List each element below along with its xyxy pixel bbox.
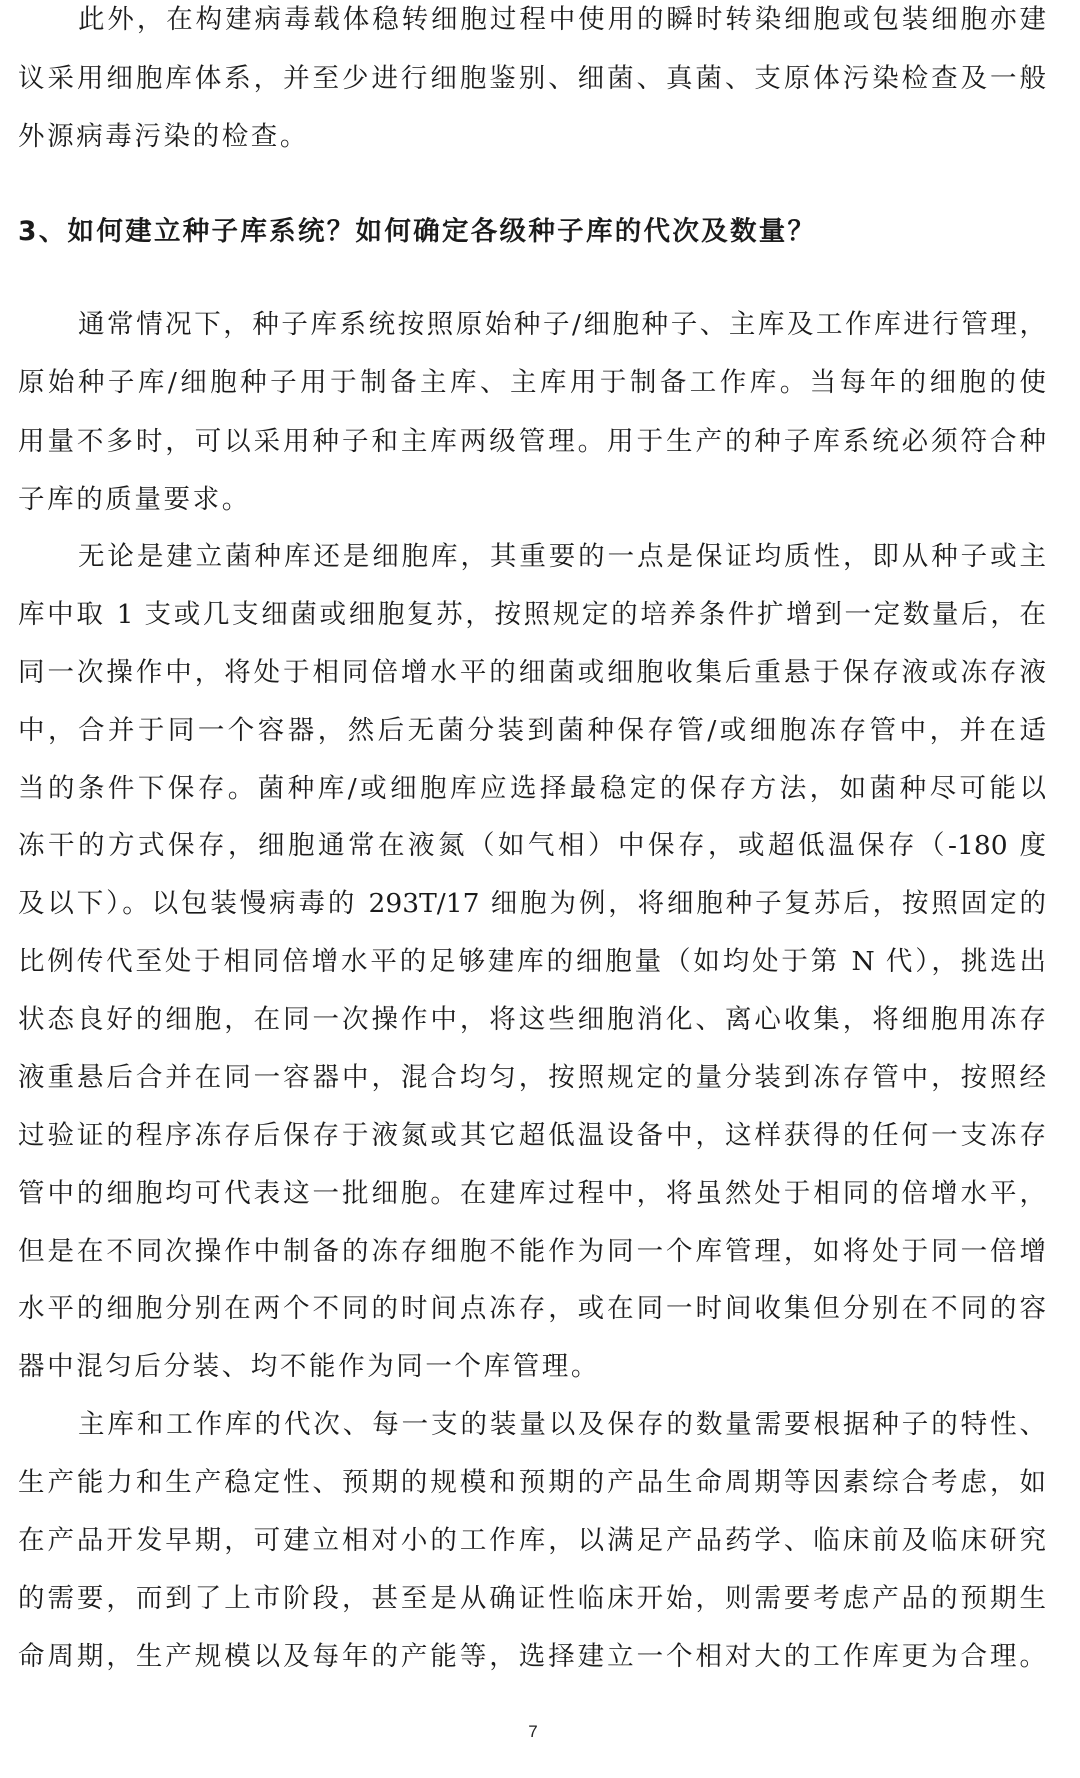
paragraph-line: 通常情况下，种子库系统按照原始种子/细胞种子、主库及工作库进行管理， — [78, 305, 1046, 345]
page-number: 7 — [523, 1720, 543, 1744]
paragraph-line: 用量不多时，可以采用种子和主库两级管理。用于生产的种子库系统必须符合种 — [18, 422, 1046, 462]
paragraph-line: 无论是建立菌种库还是细胞库，其重要的一点是保证均质性，即从种子或主 — [78, 537, 1046, 577]
section-heading: 3、如何建立种子库系统？如何确定各级种子库的代次及数量？ — [18, 212, 816, 252]
paragraph-line: 的需要，而到了上市阶段，甚至是从确证性临床开始，则需要考虑产品的预期生 — [18, 1579, 1046, 1619]
paragraph-line: 主库和工作库的代次、每一支的装量以及保存的数量需要根据种子的特性、 — [78, 1405, 1046, 1445]
paragraph-line: 议采用细胞库体系，并至少进行细胞鉴别、细菌、真菌、支原体污染检查及一般 — [18, 59, 1046, 99]
paragraph-line: 此外，在构建病毒载体稳转细胞过程中使用的瞬时转染细胞或包装细胞亦建 — [78, 0, 1046, 40]
paragraph-line: 过验证的程序冻存后保存于液氮或其它超低温设备中，这样获得的任何一支冻存 — [18, 1116, 1046, 1156]
paragraph-line: 液重悬后合并在同一容器中，混合均匀，按照规定的量分装到冻存管中，按照经 — [18, 1058, 1046, 1098]
paragraph-line: 状态良好的细胞，在同一次操作中，将这些细胞消化、离心收集，将细胞用冻存 — [18, 1000, 1046, 1040]
paragraph-line: 外源病毒污染的检查。 — [18, 117, 1046, 157]
paragraph-line: 库中取 1 支或几支细菌或细胞复苏，按照规定的培养条件扩增到一定数量后，在 — [18, 595, 1046, 635]
paragraph-line: 当的条件下保存。菌种库/或细胞库应选择最稳定的保存方法，如菌种尽可能以 — [18, 769, 1046, 809]
paragraph-line: 管中的细胞均可代表这一批细胞。在建库过程中，将虽然处于相同的倍增水平， — [18, 1174, 1046, 1214]
paragraph-line: 比例传代至处于相同倍增水平的足够建库的细胞量（如均处于第 N 代），挑选出 — [18, 942, 1046, 982]
paragraph-line: 器中混匀后分装、均不能作为同一个库管理。 — [18, 1347, 1046, 1387]
paragraph-line: 命周期，生产规模以及每年的产能等，选择建立一个相对大的工作库更为合理。 — [18, 1637, 1046, 1677]
paragraph-line: 在产品开发早期，可建立相对小的工作库，以满足产品药学、临床前及临床研究 — [18, 1521, 1046, 1561]
document-page: 此外，在构建病毒载体稳转细胞过程中使用的瞬时转染细胞或包装细胞亦建 议采用细胞库… — [0, 0, 1080, 1778]
paragraph-line: 同一次操作中，将处于相同倍增水平的细菌或细胞收集后重悬于保存液或冻存液 — [18, 653, 1046, 693]
paragraph-line: 及以下）。以包装慢病毒的 293T/17 细胞为例，将细胞种子复苏后，按照固定的 — [18, 884, 1046, 924]
paragraph-line: 中，合并于同一个容器，然后无菌分装到菌种保存管/或细胞冻存管中，并在适 — [18, 711, 1046, 751]
paragraph-line: 原始种子库/细胞种子用于制备主库、主库用于制备工作库。当每年的细胞的使 — [18, 363, 1046, 403]
paragraph-line: 但是在不同次操作中制备的冻存细胞不能作为同一个库管理，如将处于同一倍增 — [18, 1232, 1046, 1272]
paragraph-line: 生产能力和生产稳定性、预期的规模和预期的产品生命周期等因素综合考虑，如 — [18, 1463, 1046, 1503]
paragraph-line: 水平的细胞分别在两个不同的时间点冻存，或在同一时间收集但分别在不同的容 — [18, 1289, 1046, 1329]
paragraph-line: 冻干的方式保存，细胞通常在液氮（如气相）中保存，或超低温保存（-180 度 — [18, 826, 1046, 866]
paragraph-line: 子库的质量要求。 — [18, 480, 1046, 520]
